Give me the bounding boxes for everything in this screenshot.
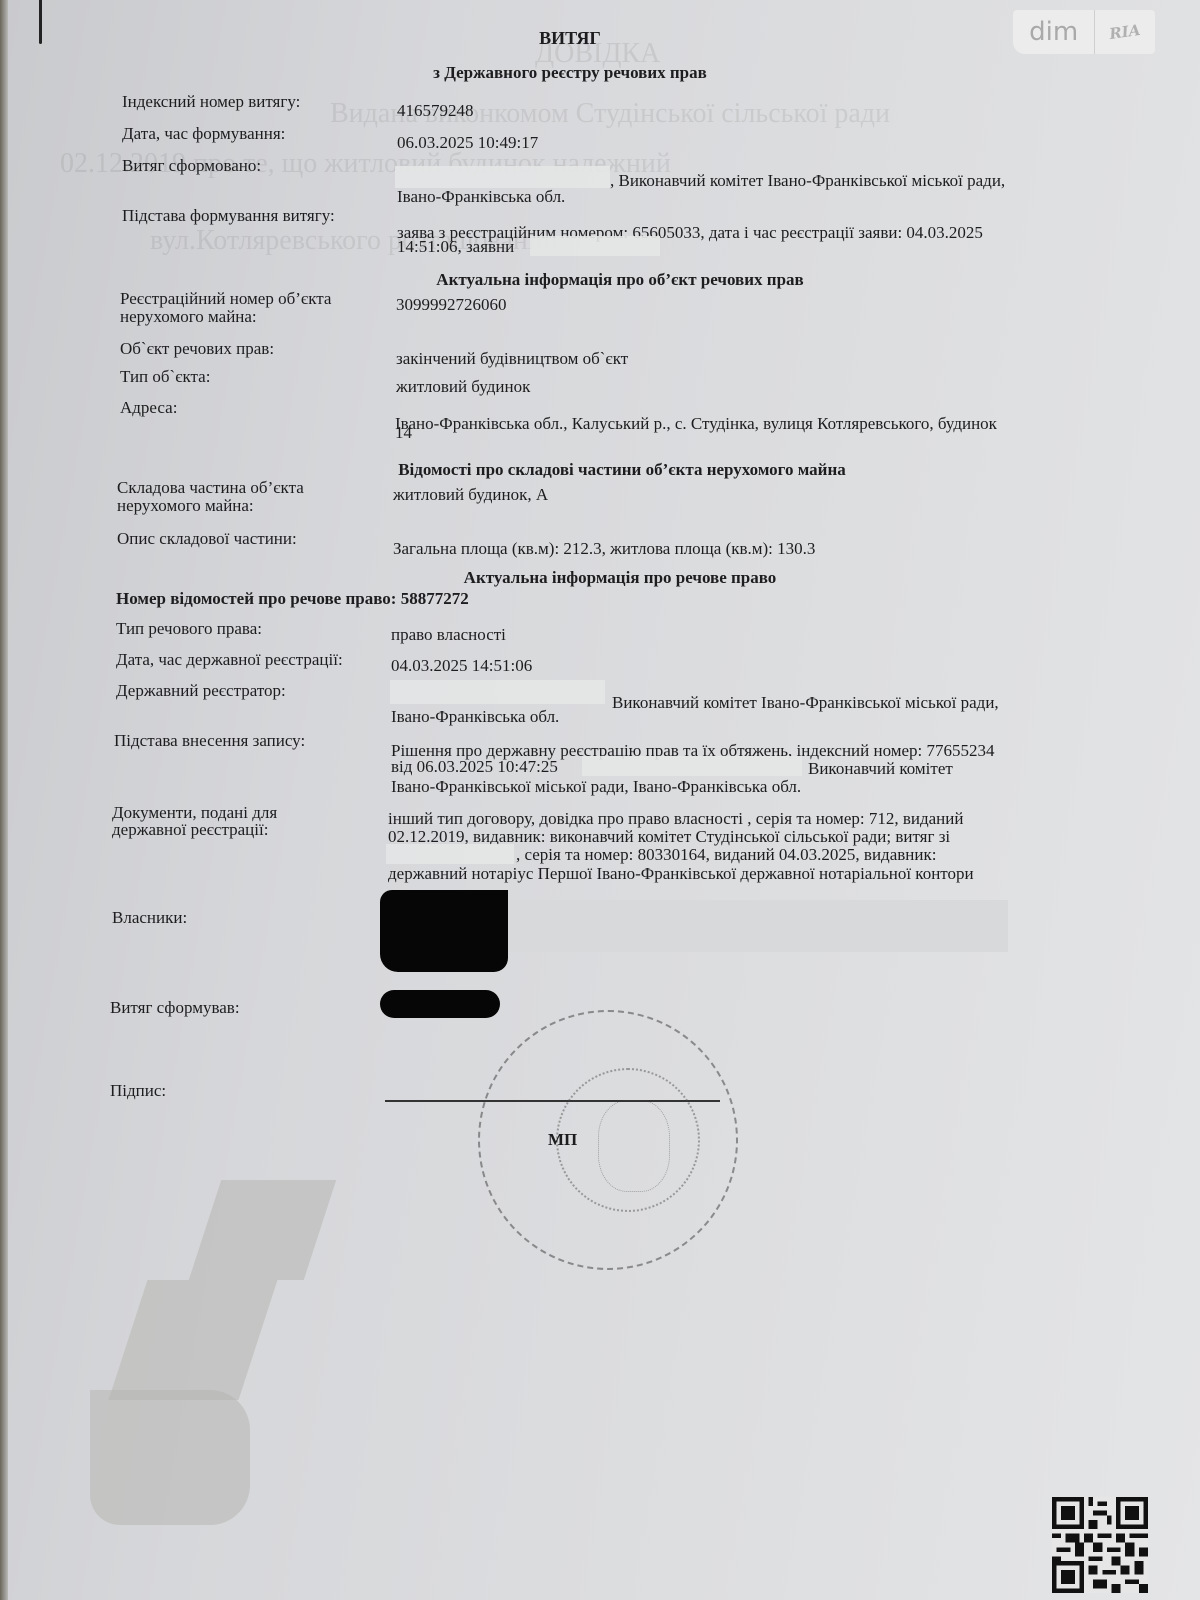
stamp-emblem [598,1100,670,1192]
field-value-registrar-line1: Виконавчий комітет Івано-Франківської мі… [612,694,999,712]
blurred-redaction [189,1180,336,1280]
field-value-reg-number: 3099992726060 [396,296,507,314]
photo-edge [0,0,8,1600]
field-value-basis-line2: 14:51:06, заявни [397,238,514,256]
field-value-formed-by-line2: Івано-Франківська обл. [397,188,565,206]
owners-redaction [380,890,508,972]
field-label-reg-number: Реєстраційний номер об’єкта [120,290,331,308]
field-value-formation-date: 06.03.2025 10:49:17 [397,134,538,152]
section-heading-object: Актуальна інформація про об’єкт речових … [20,270,1200,290]
formed-by-redaction [380,990,500,1018]
field-value-reg-date: 04.03.2025 14:51:06 [391,657,532,675]
field-label-formed-by: Витяг сформовано: [122,157,261,175]
document-subtitle: з Державного реєстру речових прав [0,63,1170,83]
field-value-address-line2: 14 [395,424,412,442]
section-heading-right: Актуальна інформація про речове право [20,568,1200,588]
field-label-object: Об`єкт речових прав: [120,340,274,358]
right-record-number: Номер відомостей про речове право: 58877… [116,590,469,608]
field-label-reg-date: Дата, час державної реєстрації: [116,651,343,669]
field-value-entry-basis-line2b: Виконавчий комітет [808,760,953,778]
field-label-formation-date: Дата, час формування: [122,125,285,143]
field-value-formed-by-line1: , Виконавчий комітет Івано-Франківської … [610,172,1005,190]
field-label-signature: Підпис: [110,1082,166,1100]
field-label-extract-index: Індексний номер витягу: [122,93,300,111]
field-label-part: Складова частина об’єкта [117,479,304,497]
document-title: ВИТЯГ [0,28,1170,49]
field-label-entry-basis: Підстава внесення запису: [114,732,305,750]
field-value-extract-index: 416579248 [397,102,474,120]
field-value-right-type: право власності [391,626,506,644]
redaction [395,166,610,188]
redaction [582,756,802,776]
field-value-documents-line1: інший тип договору, довідка про право вл… [388,810,963,828]
field-label-address: Адреса: [120,399,177,417]
field-label-documents-2: державної реєстрації: [112,821,268,839]
field-label-formed-by-person: Витяг сформував: [110,999,240,1017]
field-value-part: житловий будинок, А [393,486,548,504]
stamp-place-label: МП [548,1130,577,1150]
field-label-basis: Підстава формування витягу: [122,207,335,225]
field-value-part-desc: Загальна площа (кв.м): 212.3, житлова пл… [393,540,815,558]
redaction [386,844,514,864]
qr-code [1052,1497,1148,1593]
field-value-documents-line3: , серія та номер: 80330164, виданий 04.0… [516,846,936,864]
field-value-documents-line4: державний нотаріус Першої Івано-Франківс… [388,865,974,883]
field-label-reg-number-2: нерухомого майна: [120,308,257,326]
field-label-registrar: Державний реєстратор: [116,682,286,700]
field-value-registrar-line2: Івано-Франківська обл. [391,708,559,726]
section-heading-parts: Відомості про складові частини об’єкта н… [22,460,1200,480]
redaction [508,900,1008,952]
blurred-redaction [90,1390,250,1525]
field-value-object: закінчений будівництвом об`єкт [396,350,628,368]
field-label-object-type: Тип об`єкта: [120,368,210,386]
field-value-entry-basis-line3: Івано-Франківської міської ради, Івано-Ф… [391,778,801,796]
blurred-redaction [109,1280,278,1400]
redaction [530,236,660,256]
field-label-right-type: Тип речового права: [116,620,262,638]
field-value-entry-basis-line2a: від 06.03.2025 10:47:25 [391,758,558,776]
redaction [390,680,605,704]
field-label-owners: Власники: [112,909,187,927]
field-value-object-type: житловий будинок [396,378,530,396]
field-value-address-line1: Івано-Франківська обл., Калуський р., с.… [395,415,997,433]
field-label-part-desc: Опис складової частини: [117,530,297,548]
field-label-part-2: нерухомого майна: [117,497,254,515]
